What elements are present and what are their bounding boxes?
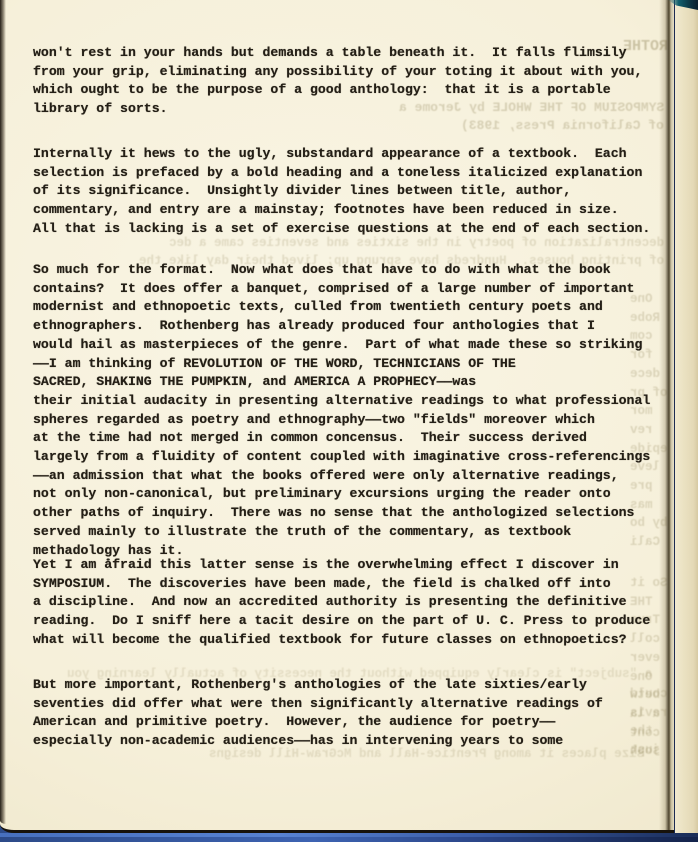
paragraph-5: But more important, Rothenberg's antholo… — [33, 676, 665, 751]
paragraph-1: won't rest in your hands but demands a t… — [33, 44, 665, 119]
paragraph-3: So much for the format. Now what does th… — [33, 261, 665, 560]
adjacent-page-edge — [675, 0, 698, 836]
paragraph-4: Yet I am åfraid this latter sense is the… — [33, 556, 665, 650]
book-page: ROTHESYMPOSIUM OF THE WHOLE by Jerome ao… — [0, 0, 674, 833]
scanned-page: ROTHESYMPOSIUM OF THE WHOLE by Jerome ao… — [0, 0, 698, 842]
scan-left-edge — [0, 0, 6, 824]
page-gutter-shadow — [659, 0, 675, 830]
paragraph-2: Internally it hews to the ugly, substand… — [33, 145, 665, 239]
book-bottom-edge — [0, 833, 698, 837]
page-text-layer: won't rest in your hands but demands a t… — [0, 0, 674, 830]
